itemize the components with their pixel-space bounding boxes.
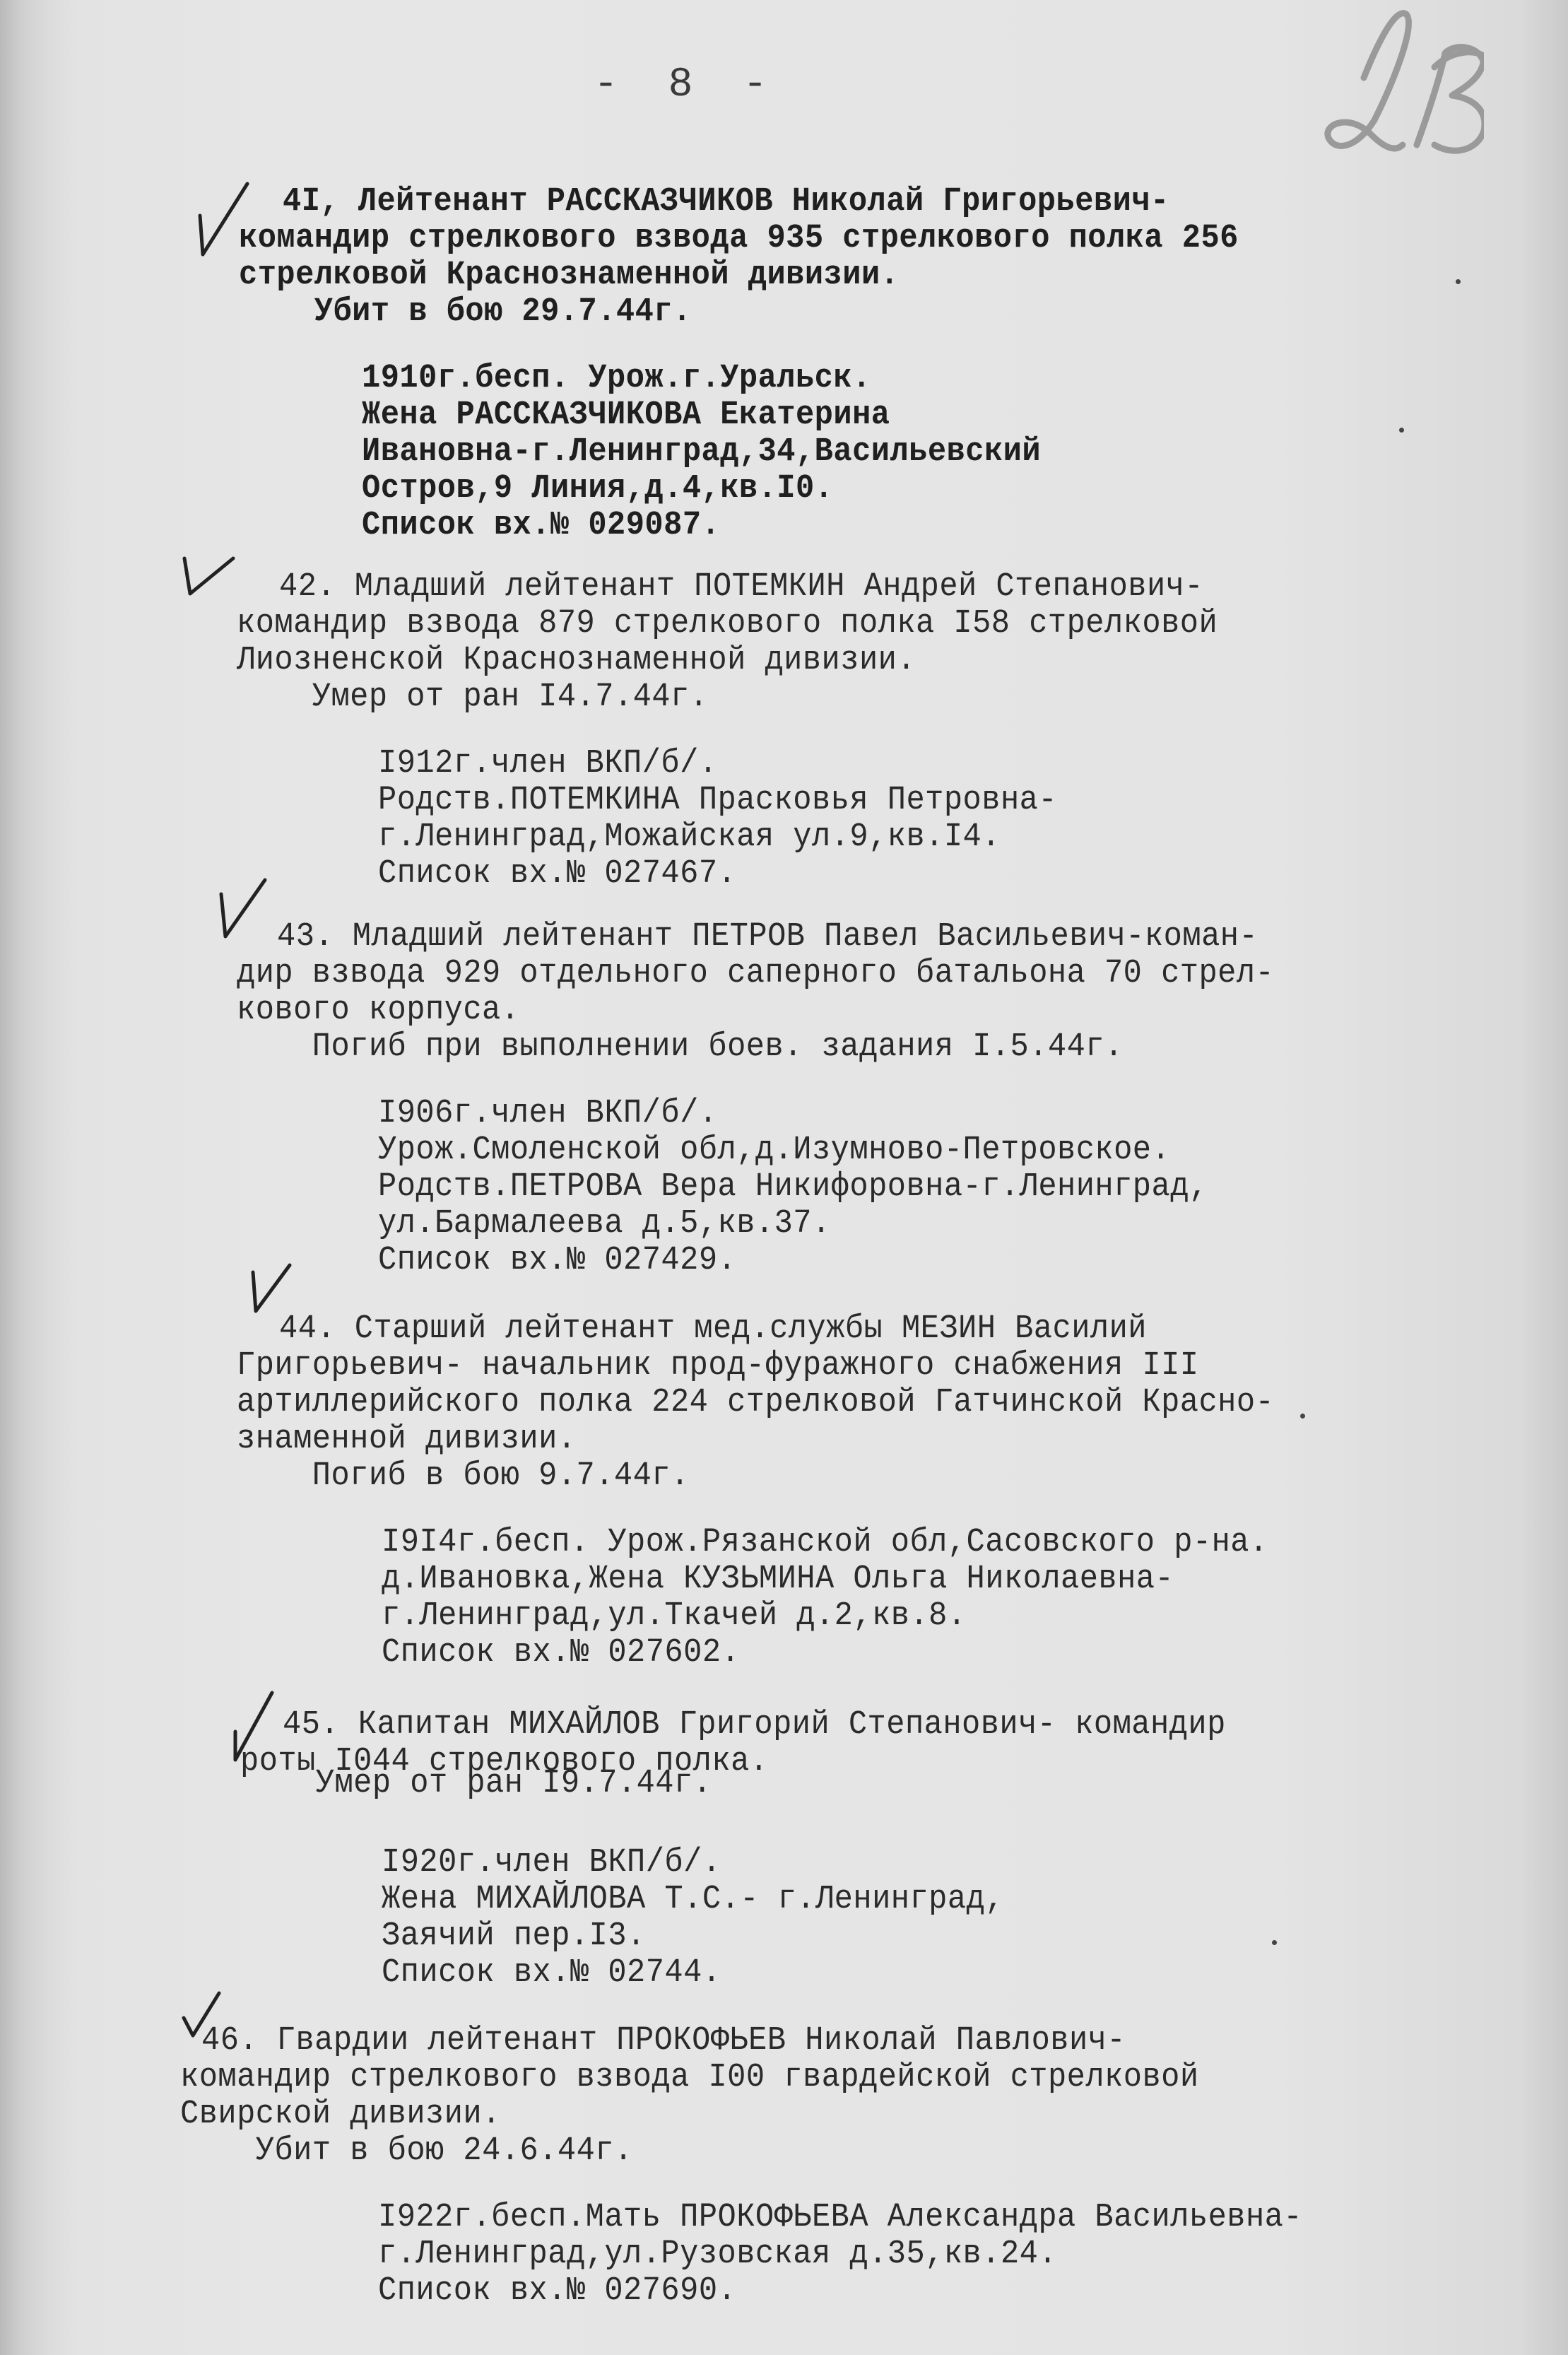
- entry-death-line: Погиб при выполнении боев. задания I.5.4…: [237, 1029, 1124, 1066]
- entry-line: командир стрелкового взвода I00 гвардейс…: [180, 2060, 1199, 2096]
- entry-detail: Родств.ПОТЕМКИНА Прасковья Петровна-: [378, 782, 1057, 819]
- entry-detail: I912г.член ВКП/б/.: [378, 746, 718, 782]
- entry-detail: г.Ленинград,ул.Рузовская д.35,кв.24.: [378, 2236, 1057, 2273]
- entry-line: 43. Младший лейтенант ПЕТРОВ Павел Васил…: [277, 919, 1258, 956]
- entry-detail: Ивановна-г.Ленинград,34,Васильевский: [362, 434, 1041, 471]
- entry-death-line: Умер от ран I9.7.44г.: [240, 1766, 712, 1802]
- entry-death-line: Убит в бою 29.7.44г.: [239, 294, 692, 331]
- entry-detail: д.Ивановка,Жена КУЗЬМИНА Ольга Николаевн…: [382, 1561, 1174, 1598]
- entry-detail: 1910г.бесп. Урож.г.Уральск.: [362, 360, 871, 397]
- page-number: - 8 -: [594, 62, 780, 108]
- entry-death-line: Убит в бою 24.6.44г.: [180, 2133, 633, 2170]
- entry-detail: Заячий пер.I3.: [382, 1918, 646, 1955]
- paper-speck: [1399, 428, 1404, 433]
- entry-detail: I906г.член ВКП/б/.: [378, 1096, 718, 1132]
- entry-list-number: Список вх.№ 029087.: [362, 507, 720, 544]
- paper-speck: [1456, 279, 1461, 284]
- entry-line: командир стрелкового взвода 935 стрелков…: [239, 221, 1239, 257]
- checkmark-icon: [180, 527, 244, 604]
- entry-line: Лиозненской Краснознаменной дивизии.: [237, 642, 916, 679]
- folio-213-icon: 213: [1272, 0, 1484, 184]
- entry-detail: г.Ленинград,Можайская ул.9,кв.I4.: [378, 819, 1001, 856]
- entry-line: командир взвода 879 стрелкового полка I5…: [237, 606, 1218, 642]
- entry-list-number: Список вх.№ 027602.: [382, 1635, 740, 1672]
- entry-line: 46. Гвардии лейтенант ПРОКОФЬЕВ Николай …: [201, 2023, 1126, 2060]
- entry-line: 42. Младший лейтенант ПОТЕМКИН Андрей Ст…: [279, 569, 1203, 606]
- entry-detail: Урож.Смоленской обл,д.Изумново-Петровско…: [378, 1132, 1170, 1169]
- entry-line: артиллерийского полка 224 стрелковой Гат…: [237, 1385, 1274, 1421]
- entry-line: 45. Капитан МИХАЙЛОВ Григорий Степанович…: [283, 1707, 1226, 1744]
- paper-speck: [1300, 1414, 1305, 1419]
- entry-death-line: Погиб в бою 9.7.44г.: [237, 1458, 690, 1495]
- entry-list-number: Список вх.№ 027467.: [378, 856, 736, 893]
- entry-line: знаменной дивизии.: [237, 1421, 577, 1458]
- entry-detail: Жена РАССКАЗЧИКОВА Екатерина: [362, 397, 890, 434]
- entry-death-line: Умер от ран I4.7.44г.: [237, 679, 708, 716]
- entry-list-number: Список вх.№ 027690.: [378, 2273, 736, 2310]
- entry-line: стрелковой Краснознаменной дивизии.: [239, 257, 899, 294]
- entry-line: дир взвода 929 отдельного саперного бата…: [237, 956, 1274, 992]
- entry-line: Григорьевич- начальник прод-фуражного сн…: [237, 1348, 1198, 1385]
- entry-detail: I922г.бесп.Мать ПРОКОФЬЕВА Александра Ва…: [378, 2200, 1302, 2236]
- entry-detail: Родств.ПЕТРОВА Вера Никифоровна-г.Ленинг…: [378, 1169, 1208, 1206]
- entry-detail: ул.Бармалеева д.5,кв.37.: [378, 1206, 831, 1243]
- entry-line: 4I, Лейтенант РАССКАЗЧИКОВ Николай Григо…: [283, 184, 1169, 221]
- entry-detail: г.Ленинград,ул.Ткачей д.2,кв.8.: [382, 1598, 967, 1635]
- entry-list-number: Список вх.№ 027429.: [378, 1243, 736, 1279]
- entry-detail: Жена МИХАЙЛОВА Т.С.- г.Ленинград,: [382, 1881, 1004, 1918]
- entry-detail: I9I4г.бесп. Урож.Рязанской обл,Сасовског…: [382, 1525, 1268, 1561]
- entry-line: 44. Старший лейтенант мед.службы МЕЗИН В…: [279, 1311, 1147, 1348]
- entry-list-number: Список вх.№ 02744.: [382, 1955, 721, 1992]
- checkmark-icon: [216, 866, 279, 944]
- entry-line: Свирской дивизии.: [180, 2096, 501, 2133]
- paper-speck: [1272, 1940, 1277, 1945]
- entry-detail: Остров,9 Линия,д.4,кв.I0.: [362, 471, 833, 507]
- entry-detail: I920г.член ВКП/б/.: [382, 1845, 721, 1881]
- entry-line: кового корпуса.: [237, 992, 519, 1029]
- handwritten-folio-number: 213: [1272, 0, 1484, 184]
